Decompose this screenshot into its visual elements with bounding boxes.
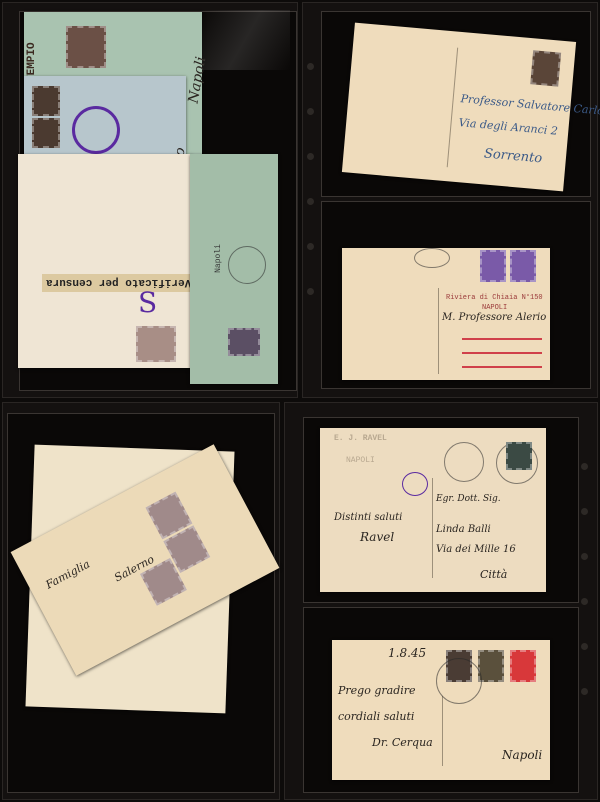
stamp	[136, 326, 176, 362]
stamp-portrait	[478, 650, 504, 682]
postcard-ravel: E. J. RAVEL NAPOLI Distinti saluti Ravel…	[320, 428, 546, 592]
address-city: Napoli	[502, 748, 542, 762]
address-handwriting: Famiglia	[44, 557, 93, 591]
printed-city: NAPOLI	[482, 304, 507, 312]
printed-city: NAPOLI	[346, 456, 375, 465]
stamp	[32, 118, 60, 148]
postcard-napoli: Riviera di Chiaia N°150 NAPOLI M. Profes…	[342, 248, 550, 380]
address-handwriting: M. Professore Alerio	[442, 312, 546, 323]
postmark	[414, 248, 450, 268]
message: Distinti saluti	[334, 512, 402, 523]
postcard-napoli-1945: 1.8.45 Prego gradire cordiali saluti Dr.…	[332, 640, 550, 780]
printed-text: Napoli	[214, 244, 223, 273]
stamp	[530, 50, 561, 86]
printed-header: E. J. RAVEL	[334, 434, 387, 443]
cover-censored: Verificato per censura S	[18, 154, 192, 368]
stamp	[66, 26, 106, 68]
message-line1: Prego gradire	[338, 684, 416, 697]
address-city: Città	[480, 568, 507, 581]
stamp	[32, 86, 60, 116]
stamp-red	[510, 650, 536, 682]
postcard-sorrento: Professor Salvatore Carlo Via degli Aran…	[342, 23, 576, 192]
postmark	[444, 442, 484, 482]
address-street: Via degli Aranci 2	[458, 116, 558, 138]
censor-label: Verificato per censura	[46, 276, 191, 288]
censor-handstamp	[72, 106, 120, 154]
date: 1.8.45	[388, 646, 426, 660]
censor-handstamp	[402, 472, 428, 496]
signature: Dr. Cerqua	[372, 736, 433, 749]
address-name: Linda Balli	[436, 524, 491, 535]
censor-handstamp: S	[138, 286, 157, 319]
address-salutation: Egr. Dott. Sig.	[436, 494, 501, 504]
address-street: Via dei Mille 16	[436, 544, 516, 555]
stamp	[228, 328, 260, 356]
printed-address: Riviera di Chiaia N°150	[446, 294, 543, 302]
signature: Ravel	[360, 530, 394, 544]
address-city: Sorrento	[483, 146, 542, 166]
sleeve-glare	[200, 10, 290, 70]
stamp	[510, 250, 536, 282]
postmark	[228, 246, 266, 284]
message-line2: cordiali saluti	[338, 710, 414, 723]
stamp	[506, 442, 532, 470]
stamp	[480, 250, 506, 282]
cover-napoli: Napoli	[190, 154, 278, 384]
